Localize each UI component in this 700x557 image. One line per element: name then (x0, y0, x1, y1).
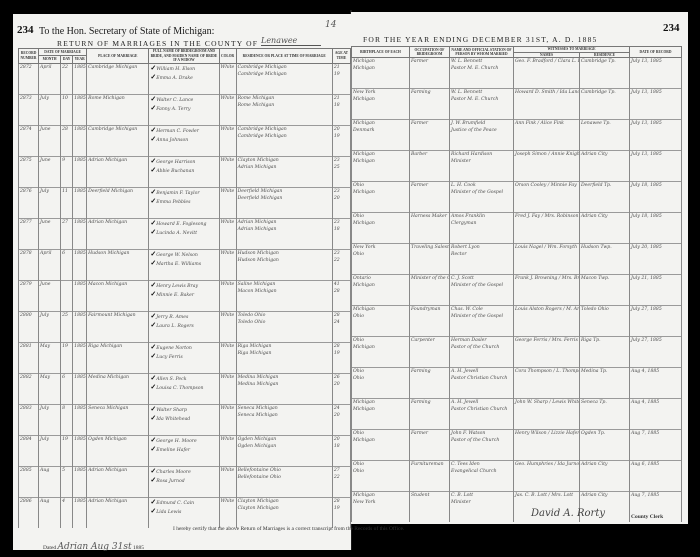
bride-residence: Adrian Michigan (238, 164, 331, 171)
groom-birthplace: Michigan (353, 152, 375, 157)
marriage-day: 27 (61, 218, 73, 249)
record-row: 2879June1885Macon Michigan✓Henry Lewis B… (19, 280, 351, 311)
bride-residence: Deerfield Michigan (238, 195, 331, 202)
bride-age: 22 (334, 474, 349, 481)
marriage-day: 6 (61, 373, 73, 404)
occupation: Farming (410, 399, 450, 430)
bride-birthplace: Michigan (353, 96, 408, 103)
date-of-record: July 13, 1885 (630, 89, 682, 120)
bride-residence: Ogden Michigan (238, 443, 331, 450)
officiant-name: L. H. Cook (451, 183, 476, 188)
document-subtitle: RETURN OF MARRIAGES IN THE COUNTY OF (57, 39, 258, 48)
birthplaces: OhioOhio (352, 368, 410, 399)
right-page-number: 234 (663, 22, 680, 34)
witness-residence: Ogden Tp. (580, 430, 630, 461)
bride-age: 20 (334, 412, 349, 419)
date-of-record: July 18, 1885 (630, 213, 682, 244)
header-date-of-record: Date of Record (630, 47, 682, 58)
witness-names: Fred J. Fay / Mrs. Robinson (514, 213, 580, 244)
birthplaces: MichiganOhio (352, 306, 410, 337)
bride-residence: Medina Michigan (238, 381, 331, 388)
color: White (219, 280, 236, 311)
record-number: 2876 (19, 187, 39, 218)
record-row: OhioMichiganHarness MakerAmos FranklinCl… (352, 213, 682, 244)
record-row: OhioOhioFarmingA. H. JewellPastor Christ… (352, 368, 682, 399)
groom-birthplace: Michigan (353, 307, 375, 312)
ages: 2018 (332, 435, 350, 466)
ages: 2620 (332, 373, 350, 404)
residence: Toledo OhioToledo Ohio (236, 311, 332, 342)
marriage-place: Adrian Michigan (87, 156, 149, 187)
bride-name: Rosa Jurnod (156, 479, 184, 484)
officiant-name: C. J. Scott (451, 276, 474, 281)
birthplaces: OhioOhio (352, 461, 410, 492)
bride-birthplace: Michigan (353, 189, 408, 196)
officiant-name: C. Tees Iden (451, 462, 480, 467)
officiant-station: Evangelical Church (451, 468, 512, 475)
header-day: Day (61, 56, 73, 63)
residence: Ogden MichiganOgden Michigan (236, 435, 332, 466)
witness-residence: Cambridge Tp. (580, 89, 630, 120)
groom-residence: Toledo Ohio (238, 313, 266, 318)
witness-names: Joseph Simon / Annie Knight (514, 151, 580, 182)
witness-residence: Medina Tp. (580, 368, 630, 399)
dated-label: Dated (43, 545, 56, 551)
ages: 2722 (332, 466, 350, 497)
witness-names: Louis Alston Rogers / M. Ames (514, 306, 580, 337)
witness-residence: Deerfield Tp. (580, 182, 630, 213)
officiant-station: Minister (451, 158, 512, 165)
bride-residence: Clayton Michigan (238, 505, 331, 512)
groom-name: Jerry R. Ames (156, 315, 188, 320)
groom-residence: Saline Michigan (238, 282, 276, 287)
officiant: A. H. JewellPastor Christian Church (450, 368, 514, 399)
record-row: MichiganMichiganFarmingA. H. JewellPasto… (352, 399, 682, 430)
marriage-place: Rome Michigan (87, 94, 149, 125)
dated-value: Adrian Aug 31st (58, 542, 132, 552)
record-row: 2881May191885Riga Michigan✓Eugene Norton… (19, 342, 351, 373)
witness-residence: Seneca Tp. (580, 399, 630, 430)
header-month: Month (39, 56, 61, 63)
groom-age: 28 (334, 499, 340, 504)
marriage-month: April (39, 63, 61, 94)
bride-name: Abbie Buchanan (156, 169, 194, 174)
officiant: C. Tees IdenEvangelical Church (450, 461, 514, 492)
witness-names: Geo. Humphries / Ida Jurnod (514, 461, 580, 492)
marriage-month: July (39, 187, 61, 218)
witness-residence: Hudson Twp. (580, 244, 630, 275)
ages: 4128 (332, 280, 350, 311)
header-record-number: Record Number (19, 49, 39, 64)
groom-age: 21 (334, 65, 340, 70)
occupation: Farmer (410, 430, 450, 461)
party-names: ✓Eugene Norton✓Lucy Ferris (149, 342, 219, 373)
marriage-year: 1885 (73, 156, 87, 187)
color: White (219, 435, 236, 466)
groom-birthplace: Ohio (353, 369, 364, 374)
bride-name: Emeline Hafer (156, 448, 190, 453)
birthplaces: OhioMichigan (352, 182, 410, 213)
groom-birthplace: Ohio (353, 431, 364, 436)
groom-name: Charles Moore (156, 470, 191, 475)
bride-age: 18 (334, 102, 349, 109)
header-birthplace: Birthplace of Each (352, 47, 410, 58)
bride-birthplace: Denmark (353, 127, 408, 134)
officiant: C. B. LottMinister (450, 492, 514, 523)
groom-name: George W. Nelson (156, 253, 198, 258)
bride-birthplace: Michigan (353, 406, 408, 413)
record-number: 2879 (19, 280, 39, 311)
marriage-month: June (39, 280, 61, 311)
date-of-record: July 13, 1885 (630, 58, 682, 89)
bride-name: Emma A. Drake (156, 76, 193, 81)
officiant-name: Herman Dasler (451, 338, 487, 343)
record-row: 2883July81885Seneca Michigan✓Walter Shar… (19, 404, 351, 435)
bride-residence: Toledo Ohio (238, 319, 331, 326)
record-number: 2885 (19, 466, 39, 497)
groom-residence: Medina Michigan (238, 375, 279, 380)
record-number: 2880 (19, 311, 39, 342)
bride-birthplace: Michigan (353, 282, 408, 289)
color: White (219, 94, 236, 125)
officiant-name: C. B. Lott (451, 493, 473, 498)
bride-name: Fanny A. Terry (156, 107, 190, 112)
marriage-place: Deerfield Michigan (87, 187, 149, 218)
officiant: A. H. JewellPastor Christian Church (450, 399, 514, 430)
party-names: ✓Walter Sharp✓Ida Whitehead (149, 404, 219, 435)
officiant-name: Amos Franklin (451, 214, 485, 219)
residence: Hudson MichiganHudson Michigan (236, 249, 332, 280)
party-names: ✓George H. Moore✓Emeline Hafer (149, 435, 219, 466)
witness-residence: Cambridge Tp. (580, 58, 630, 89)
officiant-station: Pastor Christian Church (451, 406, 512, 413)
officiant-station: Pastor of the Church (451, 437, 512, 444)
residence: Deerfield MichiganDeerfield Michigan (236, 187, 332, 218)
witness-residence: Adrian City (580, 461, 630, 492)
record-row: 2884July191885Ogden Michigan✓George H. M… (19, 435, 351, 466)
occupation: Foundryman (410, 306, 450, 337)
groom-age: 28 (334, 313, 340, 318)
groom-name: Walter Sharp (156, 408, 187, 413)
record-row: OhioMichiganFarmerJohn F. WatsonPastor o… (352, 430, 682, 461)
marriage-day: 19 (61, 342, 73, 373)
party-names: ✓Benjamin F. Taylor✓Emma Pebbles (149, 187, 219, 218)
witness-names: Henry Wilson / Lizzie Hafer (514, 430, 580, 461)
officiant-station: Minister of the Gospel (451, 282, 512, 289)
officiant: Richard HardisonMinister (450, 151, 514, 182)
marriage-place: Medina Michigan (87, 373, 149, 404)
groom-birthplace: Ohio (353, 214, 364, 219)
officiant: Robert LyonRector (450, 244, 514, 275)
witness-residence: Toledo Ohio (580, 306, 630, 337)
marriage-month: May (39, 342, 61, 373)
marriage-day: 8 (61, 404, 73, 435)
groom-birthplace: Ohio (353, 338, 364, 343)
groom-age: 21 (334, 96, 340, 101)
marriage-day: 6 (61, 249, 73, 280)
record-row: 2875June91885Adrian Michigan✓George Harr… (19, 156, 351, 187)
groom-age: 20 (334, 437, 340, 442)
party-names: ✓Allen S. Peck✓Louisa C. Thompson (149, 373, 219, 404)
county-clerk-label: County Clerk (631, 514, 663, 520)
residence: Clayton MichiganAdrian Michigan (236, 156, 332, 187)
marriage-place: Hudson Michigan (87, 249, 149, 280)
officiant-station: Justice of the Peace (451, 127, 512, 134)
groom-birthplace: Michigan (353, 493, 375, 498)
bride-name: Minnie E. Baker (156, 293, 194, 298)
groom-name: Edmund C. Cain (156, 501, 194, 506)
party-names: ✓George W. Nelson✓Martha E. Williams (149, 249, 219, 280)
marriage-place: Adrian Michigan (87, 497, 149, 528)
marriage-place: Fairmount Michigan (87, 311, 149, 342)
witness-names: Howard D. Smith / Ida Lance (514, 89, 580, 120)
groom-residence: Rome Michigan (238, 96, 275, 101)
officiant-name: Robert Lyon (451, 245, 480, 250)
marriage-month: July (39, 311, 61, 342)
date-of-record: July 27, 1885 (630, 337, 682, 368)
date-of-record: Aug 6, 1885 (630, 461, 682, 492)
marriage-place: Adrian Michigan (87, 466, 149, 497)
officiant: John F. WatsonPastor of the Church (450, 430, 514, 461)
record-number: 2877 (19, 218, 39, 249)
officiant: Amos FranklinClergyman (450, 213, 514, 244)
bride-birthplace: Michigan (353, 158, 408, 165)
party-names: ✓Charles Moore✓Rosa Jurnod (149, 466, 219, 497)
party-names: ✓George Harrison✓Abbie Buchanan (149, 156, 219, 187)
record-row: MichiganOhioFoundrymanChas. W. ColeMinis… (352, 306, 682, 337)
witness-names: Geo. F. Bradford / Clara L. Drake (514, 58, 580, 89)
occupation: Minister of the Gospel (410, 275, 450, 306)
groom-name: Allen S. Peck (156, 377, 186, 382)
color: White (219, 466, 236, 497)
occupation: Farmer (410, 182, 450, 213)
witness-names: Orson Cooley / Minnie Fay (514, 182, 580, 213)
birthplaces: MichiganMichigan (352, 151, 410, 182)
party-names: ✓Herman C. Fowler✓Anna Johnson (149, 125, 219, 156)
residence: Clayton MichiganClayton Michigan (236, 497, 332, 528)
bride-name: Lucy Ferris (156, 355, 183, 360)
record-row: 2873July101885Rome Michigan✓Walter C. La… (19, 94, 351, 125)
bride-birthplace: Michigan (353, 437, 408, 444)
record-number: 2884 (19, 435, 39, 466)
residence: Cambridge MichiganCambridge Michigan (236, 63, 332, 94)
date-of-record: July 27, 1885 (630, 306, 682, 337)
occupation: Barber (410, 151, 450, 182)
bride-age: 28 (334, 288, 349, 295)
record-row: OntarioMichiganMinister of the GospelC. … (352, 275, 682, 306)
marriage-day: 4 (61, 497, 73, 528)
bride-name: Anna Johnson (156, 138, 188, 143)
marriage-year: 1885 (73, 466, 87, 497)
bride-age: 20 (334, 381, 349, 388)
clerk-signature: David A. Rorty (531, 508, 605, 519)
groom-residence: Ogden Michigan (238, 437, 277, 442)
officiant: W. L. BennettPastor M. E. Church (450, 89, 514, 120)
groom-name: Howard E. Foglesong (156, 222, 206, 227)
marriage-place: Ogden Michigan (87, 435, 149, 466)
record-row: MichiganMichiganFarmerW. L. BennettPasto… (352, 58, 682, 89)
groom-birthplace: Michigan (353, 121, 375, 126)
left-page: 234 To the Hon. Secretary of State of Mi… (13, 14, 351, 550)
groom-name: Benjamin F. Taylor (156, 191, 199, 196)
bride-age: 19 (334, 133, 349, 140)
witness-names: John W. Sharp / Lewis Whitehead (514, 399, 580, 430)
officiant-station: Pastor Christian Church (451, 375, 512, 382)
folio-mark: 14 (325, 20, 336, 30)
groom-name: George Harrison (156, 160, 195, 165)
marriage-month: July (39, 404, 61, 435)
header-year: Year (73, 56, 87, 63)
dated-line: Dated Adrian Aug 31st 1885 (43, 542, 144, 552)
groom-residence: Adrian Michigan (238, 220, 277, 225)
record-row: 2876July111885Deerfield Michigan✓Benjami… (19, 187, 351, 218)
record-number: 2882 (19, 373, 39, 404)
record-number: 2886 (19, 497, 39, 528)
groom-name: Walter C. Lance (156, 98, 193, 103)
officiant: L. H. CookMinister of the Gospel (450, 182, 514, 213)
birthplaces: New YorkMichigan (352, 89, 410, 120)
year-heading: FOR THE YEAR ENDING DECEMBER 31ST, A. D.… (363, 35, 598, 44)
marriage-day: 19 (61, 435, 73, 466)
marriage-year: 1885 (73, 218, 87, 249)
color: White (219, 218, 236, 249)
groom-age: 23 (334, 251, 340, 256)
bride-birthplace: Ohio (353, 468, 408, 475)
residence: Cambridge MichiganCambridge Michigan (236, 125, 332, 156)
officiant-station: Pastor M. E. Church (451, 96, 512, 103)
marriage-month: April (39, 249, 61, 280)
residence: Medina MichiganMedina Michigan (236, 373, 332, 404)
bride-age: 18 (334, 226, 349, 233)
header-occupation: Occupation of Bridegroom (410, 47, 450, 58)
header-names: Full Name of Bridegroom and Bride, and M… (149, 49, 219, 64)
bride-birthplace: Ohio (353, 313, 408, 320)
residence: Seneca MichiganSeneca Michigan (236, 404, 332, 435)
bride-age: 19 (334, 505, 349, 512)
marriage-year: 1885 (73, 404, 87, 435)
ages: 2318 (332, 218, 350, 249)
bride-age: 24 (334, 319, 349, 326)
ages: 2320 (332, 187, 350, 218)
bride-age: 22 (334, 257, 349, 264)
bride-name: Ida Whitehead (156, 417, 190, 422)
officiant-name: J. W. Brumfield (451, 121, 485, 126)
marriage-month: June (39, 125, 61, 156)
marriage-year: 1885 (73, 342, 87, 373)
occupation: Harness Maker (410, 213, 450, 244)
birthplaces: OhioMichigan (352, 337, 410, 368)
groom-age: 26 (334, 375, 340, 380)
witness-names: George Ferris / Mrs. Ferris (514, 337, 580, 368)
groom-residence: Deerfield Michigan (238, 189, 283, 194)
color: White (219, 404, 236, 435)
color: White (219, 373, 236, 404)
groom-age: 20 (334, 127, 340, 132)
bride-name: Lucinda A. Nevitt (156, 231, 197, 236)
bride-residence: Seneca Michigan (238, 412, 331, 419)
occupation: Student (410, 492, 450, 523)
ages: 2420 (332, 404, 350, 435)
record-row: 2872April221885Cambridge Michigan✓Willia… (19, 63, 351, 94)
bride-residence: Macon Michigan (238, 288, 331, 295)
marriage-place: Macon Michigan (87, 280, 149, 311)
date-of-record: July 21, 1885 (630, 275, 682, 306)
header-officiant: Name and Official Station of Person by W… (450, 47, 514, 58)
witness-residence: Adrian City (580, 151, 630, 182)
occupation: Farming (410, 368, 450, 399)
marriage-place: Cambridge Michigan (87, 63, 149, 94)
officiant-name: John F. Watson (451, 431, 485, 436)
marriage-year: 1885 (73, 125, 87, 156)
bride-age: 25 (334, 164, 349, 171)
marriage-month: May (39, 373, 61, 404)
record-row: 2880July251885Fairmount Michigan✓Jerry R… (19, 311, 351, 342)
groom-age: 23 (334, 189, 340, 194)
record-number: 2881 (19, 342, 39, 373)
marriage-day: 9 (61, 156, 73, 187)
party-names: ✓William H. Elson✓Emma A. Drake (149, 63, 219, 94)
record-number: 2883 (19, 404, 39, 435)
groom-residence: Clayton Michigan (238, 499, 279, 504)
birthplaces: MichiganMichigan (352, 399, 410, 430)
marriage-place: Cambridge Michigan (87, 125, 149, 156)
right-page: 234 FOR THE YEAR ENDING DECEMBER 31ST, A… (351, 12, 688, 524)
marriage-day (61, 280, 73, 311)
occupation: Furnitureman (410, 461, 450, 492)
ages: 2019 (332, 125, 350, 156)
groom-name: Eugene Norton (156, 346, 192, 351)
occupation: Farmer (410, 58, 450, 89)
ages: 2325 (332, 156, 350, 187)
bride-name: Lida Lewis (156, 510, 181, 515)
officiant-station: Pastor M. E. Church (451, 65, 512, 72)
record-row: 2885Aug51885Adrian Michigan✓Charles Moor… (19, 466, 351, 497)
officiant: C. J. ScottMinister of the Gospel (450, 275, 514, 306)
party-names: ✓Howard E. Foglesong✓Lucinda A. Nevitt (149, 218, 219, 249)
date-of-record: Aug 4, 1885 (630, 368, 682, 399)
occupation: Farmer (410, 120, 450, 151)
residence: Riga MichiganRiga Michigan (236, 342, 332, 373)
party-names: ✓Jerry R. Ames✓Laura L. Rogers (149, 311, 219, 342)
marriage-year: 1885 (73, 497, 87, 528)
ages: 2119 (332, 63, 350, 94)
officiant-station: Pastor of the Church (451, 344, 512, 351)
bride-birthplace: Ohio (353, 251, 408, 258)
groom-age: 23 (334, 220, 340, 225)
bride-residence: Cambridge Michigan (238, 133, 331, 140)
witness-residence: Adrian City (580, 213, 630, 244)
witness-residence: Riga Tp. (580, 337, 630, 368)
bride-residence: Rome Michigan (238, 102, 331, 109)
birthplaces: OhioMichigan (352, 430, 410, 461)
occupation: Traveling Salesman (410, 244, 450, 275)
occupation: Farming (410, 89, 450, 120)
left-records-table: Record Number Date of Marriage Place of … (18, 48, 351, 528)
marriage-year: 1885 (73, 373, 87, 404)
officiant: Chas. W. ColeMinister of the Gospel (450, 306, 514, 337)
witness-residence: Lenawee Tp. (580, 120, 630, 151)
groom-age: 27 (334, 468, 340, 473)
residence: Rome MichiganRome Michigan (236, 94, 332, 125)
bride-age: 19 (334, 350, 349, 357)
header-age: Age at Time (332, 49, 350, 64)
officiant: W. L. BennettPastor M. E. Church (450, 58, 514, 89)
party-names: ✓Henry Lewis Bray✓Minnie E. Baker (149, 280, 219, 311)
header-residence: Residence or Place at Time of Marriage (236, 49, 332, 64)
county-name: Lenawee (261, 36, 321, 46)
groom-age: 23 (334, 158, 340, 163)
marriage-month: Aug (39, 466, 61, 497)
